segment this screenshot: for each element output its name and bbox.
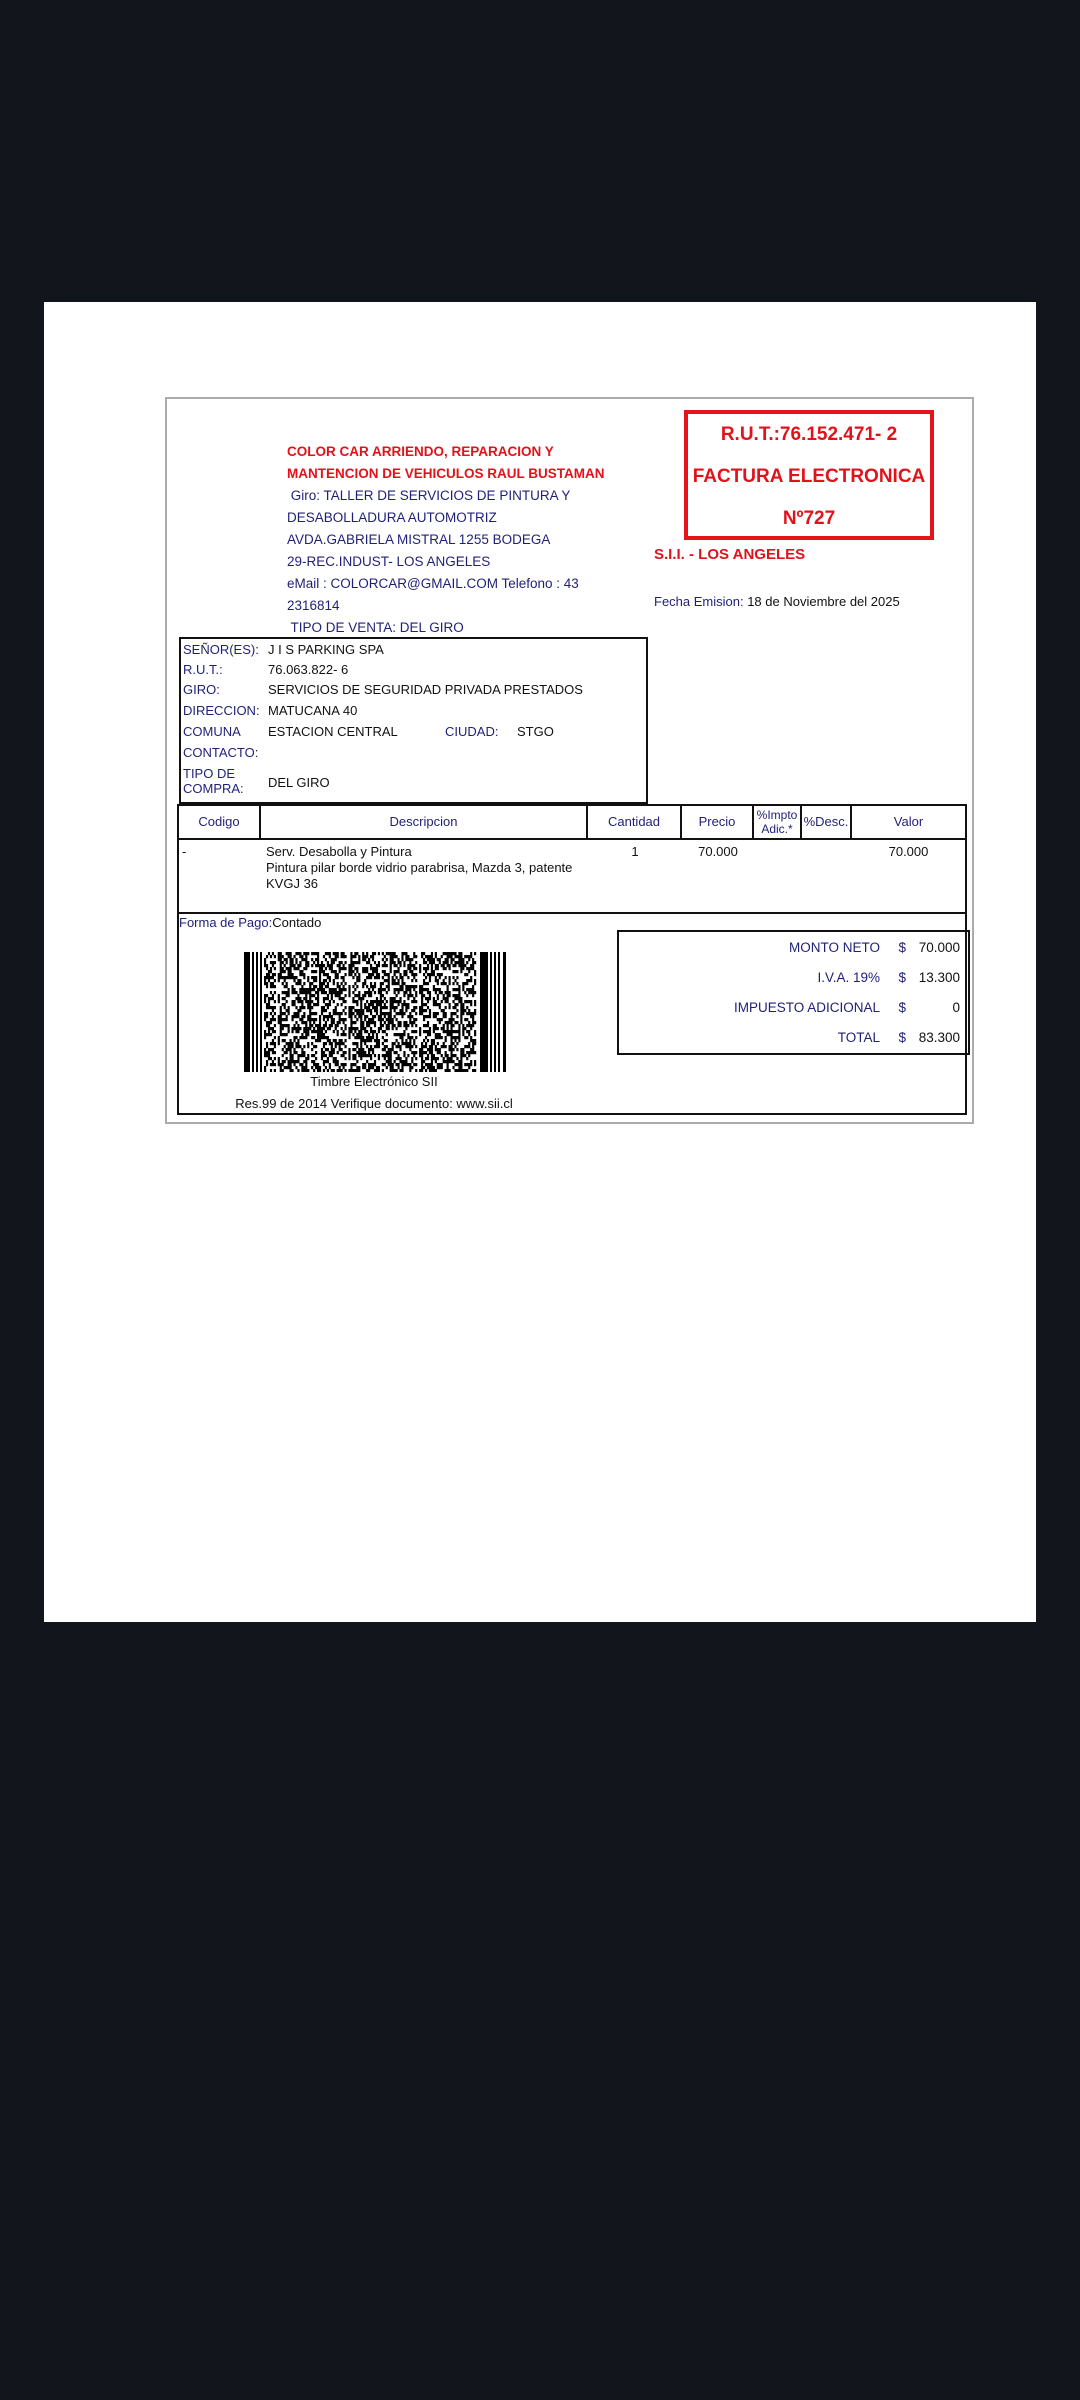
invoice-page: COLOR CAR ARRIENDO, REPARACION Y MANTENC… [44,302,1036,1622]
client-contacto-label: CONTACTO: [183,743,258,763]
totals-row-iva: I.V.A. 19% $ 13.300 [619,963,968,993]
currency-symbol: $ [898,1023,906,1053]
iva-label: I.V.A. 19% [817,963,880,993]
col-valor: Valor [852,806,965,838]
iva-value: 13.300 [919,963,960,993]
stamp-caption: Timbre Electrónico SII [179,1074,569,1089]
adicional-label: IMPUESTO ADICIONAL [734,993,880,1023]
item-cantidad: 1 [588,844,682,860]
issuer-giro-line2: DESABOLLADURA AUTOMOTRIZ [287,507,657,529]
client-box: SEÑOR(ES): J I S PARKING SPA R.U.T.: 76.… [179,637,648,804]
client-comuna-label: COMUNA [183,722,241,742]
issuer-address-line1: AVDA.GABRIELA MISTRAL 1255 BODEGA [287,529,657,551]
tipo-compra-label-line2: COMPRA: [183,781,244,796]
client-ciudad-label: CIUDAD: [445,722,498,742]
issuer-address-line2: 29-REC.INDUST- LOS ANGELES [287,551,657,573]
totals-row-adicional: IMPUESTO ADICIONAL $ 0 [619,993,968,1023]
neto-label: MONTO NETO [789,933,880,963]
col-impto-line2: Adic.* [761,822,792,836]
issuer-rut: R.U.T.:76.152.471- 2 [688,414,930,456]
item-precio: 70.000 [682,844,754,860]
totals-row-neto: MONTO NETO $ 70.000 [619,933,968,963]
issue-date-label: Fecha Emision: [654,594,744,609]
col-impto-line1: %Impto [757,808,798,822]
payment-method: Forma de Pago:Contado [179,915,321,930]
items-table: Codigo Descripcion Cantidad Precio %Impt… [177,804,967,914]
item-descripcion-line1: Serv. Desabolla y Pintura [266,844,586,860]
col-desc: %Desc. [802,806,852,838]
payment-value: Contado [272,915,321,930]
client-comuna-value: ESTACION CENTRAL [268,722,398,742]
client-tipo-compra-label: TIPO DE COMPRA: [183,766,244,796]
client-rut-value: 76.063.822- 6 [268,660,348,680]
col-impto-adic: %Impto Adic.* [754,806,802,838]
col-descripcion: Descripcion [261,806,588,838]
tipo-venta: TIPO DE VENTA: DEL GIRO [287,617,657,639]
totals-box: MONTO NETO $ 70.000 I.V.A. 19% $ 13.300 … [617,930,970,1055]
total-label: TOTAL [838,1023,880,1053]
invoice-frame: COLOR CAR ARRIENDO, REPARACION Y MANTENC… [165,397,974,1124]
issue-date: Fecha Emision: 18 de Noviembre del 2025 [654,594,900,609]
client-tipo-compra-value: DEL GIRO [268,773,330,793]
issuer-name-line2: MANTENCION DE VEHICULOS RAUL BUSTAMAN [287,463,657,485]
issuer-contact-line1: eMail : COLORCAR@GMAIL.COM Telefono : 43 [287,573,657,595]
col-precio: Precio [682,806,754,838]
item-descripcion-line3: KVGJ 36 [266,876,586,892]
client-rut-label: R.U.T.: [183,660,223,680]
adicional-value: 0 [952,993,960,1023]
issuer-block: COLOR CAR ARRIENDO, REPARACION Y MANTENC… [287,441,657,639]
client-senores-value: J I S PARKING SPA [268,640,384,660]
client-direccion-value: MATUCANA 40 [268,701,357,721]
item-valor: 70.000 [852,844,965,860]
currency-symbol: $ [898,993,906,1023]
footer-block: Forma de Pago:Contado Timbre Electrónico… [177,912,967,1115]
issuer-contact-line2: 2316814 [287,595,657,617]
currency-symbol: $ [898,963,906,993]
client-row-comuna: COMUNA ESTACION CENTRAL CIUDAD: STGO [183,722,643,742]
item-codigo: - [182,844,186,860]
tipo-compra-label-line1: TIPO DE [183,766,235,781]
client-ciudad-value: STGO [517,722,554,742]
client-giro-value: SERVICIOS DE SEGURIDAD PRIVADA PRESTADOS [268,680,583,700]
pdf417-barcode-icon [244,952,506,1072]
neto-value: 70.000 [919,933,960,963]
client-giro-label: GIRO: [183,680,220,700]
client-senores-label: SEÑOR(ES): [183,640,259,660]
payment-label: Forma de Pago: [179,915,272,930]
item-descripcion: Serv. Desabolla y Pintura Pintura pilar … [266,844,586,892]
col-codigo: Codigo [179,806,261,838]
issue-date-value: 18 de Noviembre del 2025 [744,594,900,609]
issuer-giro-line1: Giro: TALLER DE SERVICIOS DE PINTURA Y [287,485,657,507]
client-direccion-label: DIRECCION: [183,701,260,721]
total-value: 83.300 [919,1023,960,1053]
document-number: Nº727 [688,498,930,540]
issuer-name-line1: COLOR CAR ARRIENDO, REPARACION Y [287,441,657,463]
document-id-box: R.U.T.:76.152.471- 2 FACTURA ELECTRONICA… [684,410,934,540]
totals-row-total: TOTAL $ 83.300 [619,1023,968,1053]
document-type: FACTURA ELECTRONICA [688,456,930,498]
items-table-header: Codigo Descripcion Cantidad Precio %Impt… [179,806,965,840]
col-cantidad: Cantidad [588,806,682,838]
sii-office: S.I.I. - LOS ANGELES [654,546,805,563]
currency-symbol: $ [898,933,906,963]
item-descripcion-line2: Pintura pilar borde vidrio parabrisa, Ma… [266,860,586,876]
stamp-resolution: Res.99 de 2014 Verifique documento: www.… [179,1096,569,1111]
